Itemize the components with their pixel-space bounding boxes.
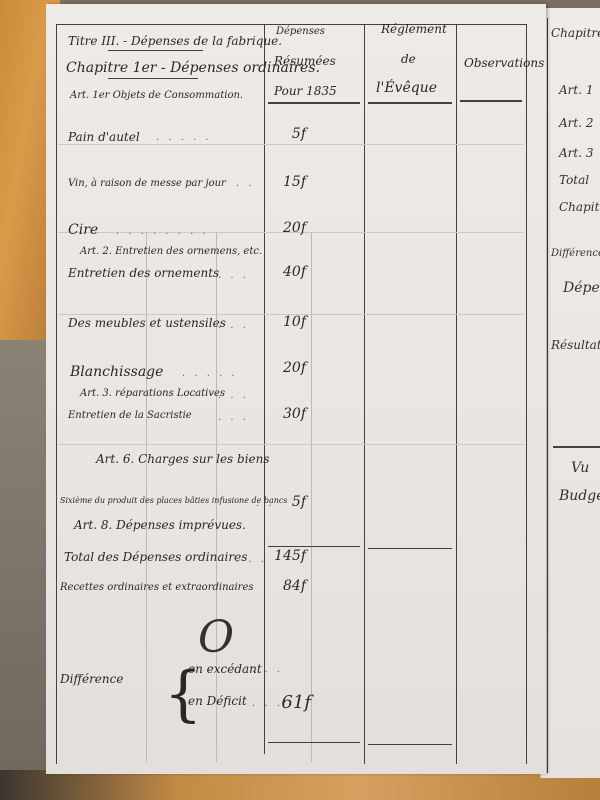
row-label: Pain d'autel (68, 130, 140, 144)
facing-page-border (547, 18, 548, 773)
row-label: Art. 6. Charges sur les biens (96, 452, 270, 466)
facing-text: Art. 3 (559, 146, 594, 160)
total-rule (368, 548, 452, 549)
header-rule (460, 100, 522, 102)
ledger-page: Titre III. - Dépenses de la fabrique. Ch… (46, 4, 546, 774)
total-amount: 145f (246, 548, 306, 564)
facing-text: Différence (551, 248, 600, 259)
page-border-right (526, 24, 527, 764)
column-header-depenses: Dépenses (276, 26, 325, 37)
facing-page: Chapitre Art. 1 Art. 2 Art. 3 Total Chap… (540, 8, 600, 778)
row-label: Total des Dépenses ordinaires (64, 550, 247, 564)
row-amount: 5f (246, 494, 306, 510)
row-amount: 20f (246, 360, 306, 376)
ruled-line (58, 444, 524, 445)
leader-dots: . . . . . (182, 368, 238, 379)
ruled-line (58, 144, 524, 145)
article-line: Art. 1er Objets de Consommation. (70, 90, 243, 101)
table-bottom-background (0, 770, 600, 800)
leader-dots: . . . (218, 270, 249, 281)
row-amount: 40f (246, 264, 306, 280)
bottom-rule (368, 744, 452, 745)
column-divider (364, 24, 365, 764)
excedant-label: en excédant (188, 662, 262, 676)
deficit-amount: 61f (251, 692, 311, 713)
facing-text: Résultat (551, 338, 600, 352)
column-header-year: Pour 1835 (274, 84, 337, 98)
title-line: Titre III. - Dépenses de la fabrique. (68, 34, 282, 48)
facing-text: Budget (559, 488, 600, 504)
zero-mark: O (198, 612, 234, 663)
facing-text: Art. 1 (559, 83, 594, 97)
header-rule (368, 102, 452, 104)
leader-dots: . . . . . . . . (116, 226, 209, 237)
deficit-label: en Déficit (188, 694, 247, 708)
row-label: Entretien des ornements (68, 266, 219, 280)
row-amount: 15f (246, 174, 306, 190)
total-rule (268, 546, 360, 547)
facing-text: Vu (571, 460, 589, 476)
row-label: Blanchissage (70, 364, 163, 380)
header-rule (268, 102, 360, 104)
leader-dots: . . . (218, 320, 249, 331)
facing-text: Art. 2 (559, 116, 594, 130)
facing-text: Chapitre (559, 200, 600, 214)
row-label: Vin, à raison de messe par jour (68, 178, 226, 189)
row-amount: 20f (246, 220, 306, 236)
bottom-rule (268, 742, 360, 743)
chapter-underline (108, 78, 198, 79)
row-label: Des meubles et ustensiles (68, 316, 226, 330)
row-label: Recettes ordinaires et extraordinaires (60, 582, 254, 593)
facing-text: Total (559, 173, 589, 187)
row-label: Cire (68, 222, 98, 238)
facing-text: Chapitre (551, 26, 600, 40)
column-divider (456, 24, 457, 764)
leader-dots: . . . (218, 412, 249, 423)
facing-text: Dépenses (563, 280, 600, 296)
row-label: Art. 8. Dépenses imprévues. (74, 518, 246, 532)
row-label: Art. 3. réparations Locatives (80, 388, 225, 399)
row-amount: 5f (246, 126, 306, 142)
column-header-eveque: l'Évêque (376, 80, 437, 96)
difference-label: Différence (60, 672, 123, 686)
column-header-de: de (401, 52, 416, 66)
row-amount: 30f (246, 406, 306, 422)
sub-column-divider (311, 232, 312, 762)
leader-dots: . . . . . (156, 132, 212, 143)
facing-divider (553, 446, 600, 448)
leader-dots: . . . (252, 664, 283, 675)
row-label: Entretien de la Sacristie (68, 410, 192, 421)
column-header-resumees: Résumées (274, 54, 336, 68)
page-border-left (56, 24, 57, 764)
leader-dots: . . . (218, 390, 249, 401)
title-underline (108, 50, 203, 51)
column-header-observations: Observations (464, 56, 544, 70)
row-amount: 10f (246, 314, 306, 330)
column-header-reglement: Réglement (381, 22, 447, 36)
row-label: Art. 2. Entretien des ornemens, etc. (80, 246, 262, 257)
receipts-amount: 84f (246, 578, 306, 594)
